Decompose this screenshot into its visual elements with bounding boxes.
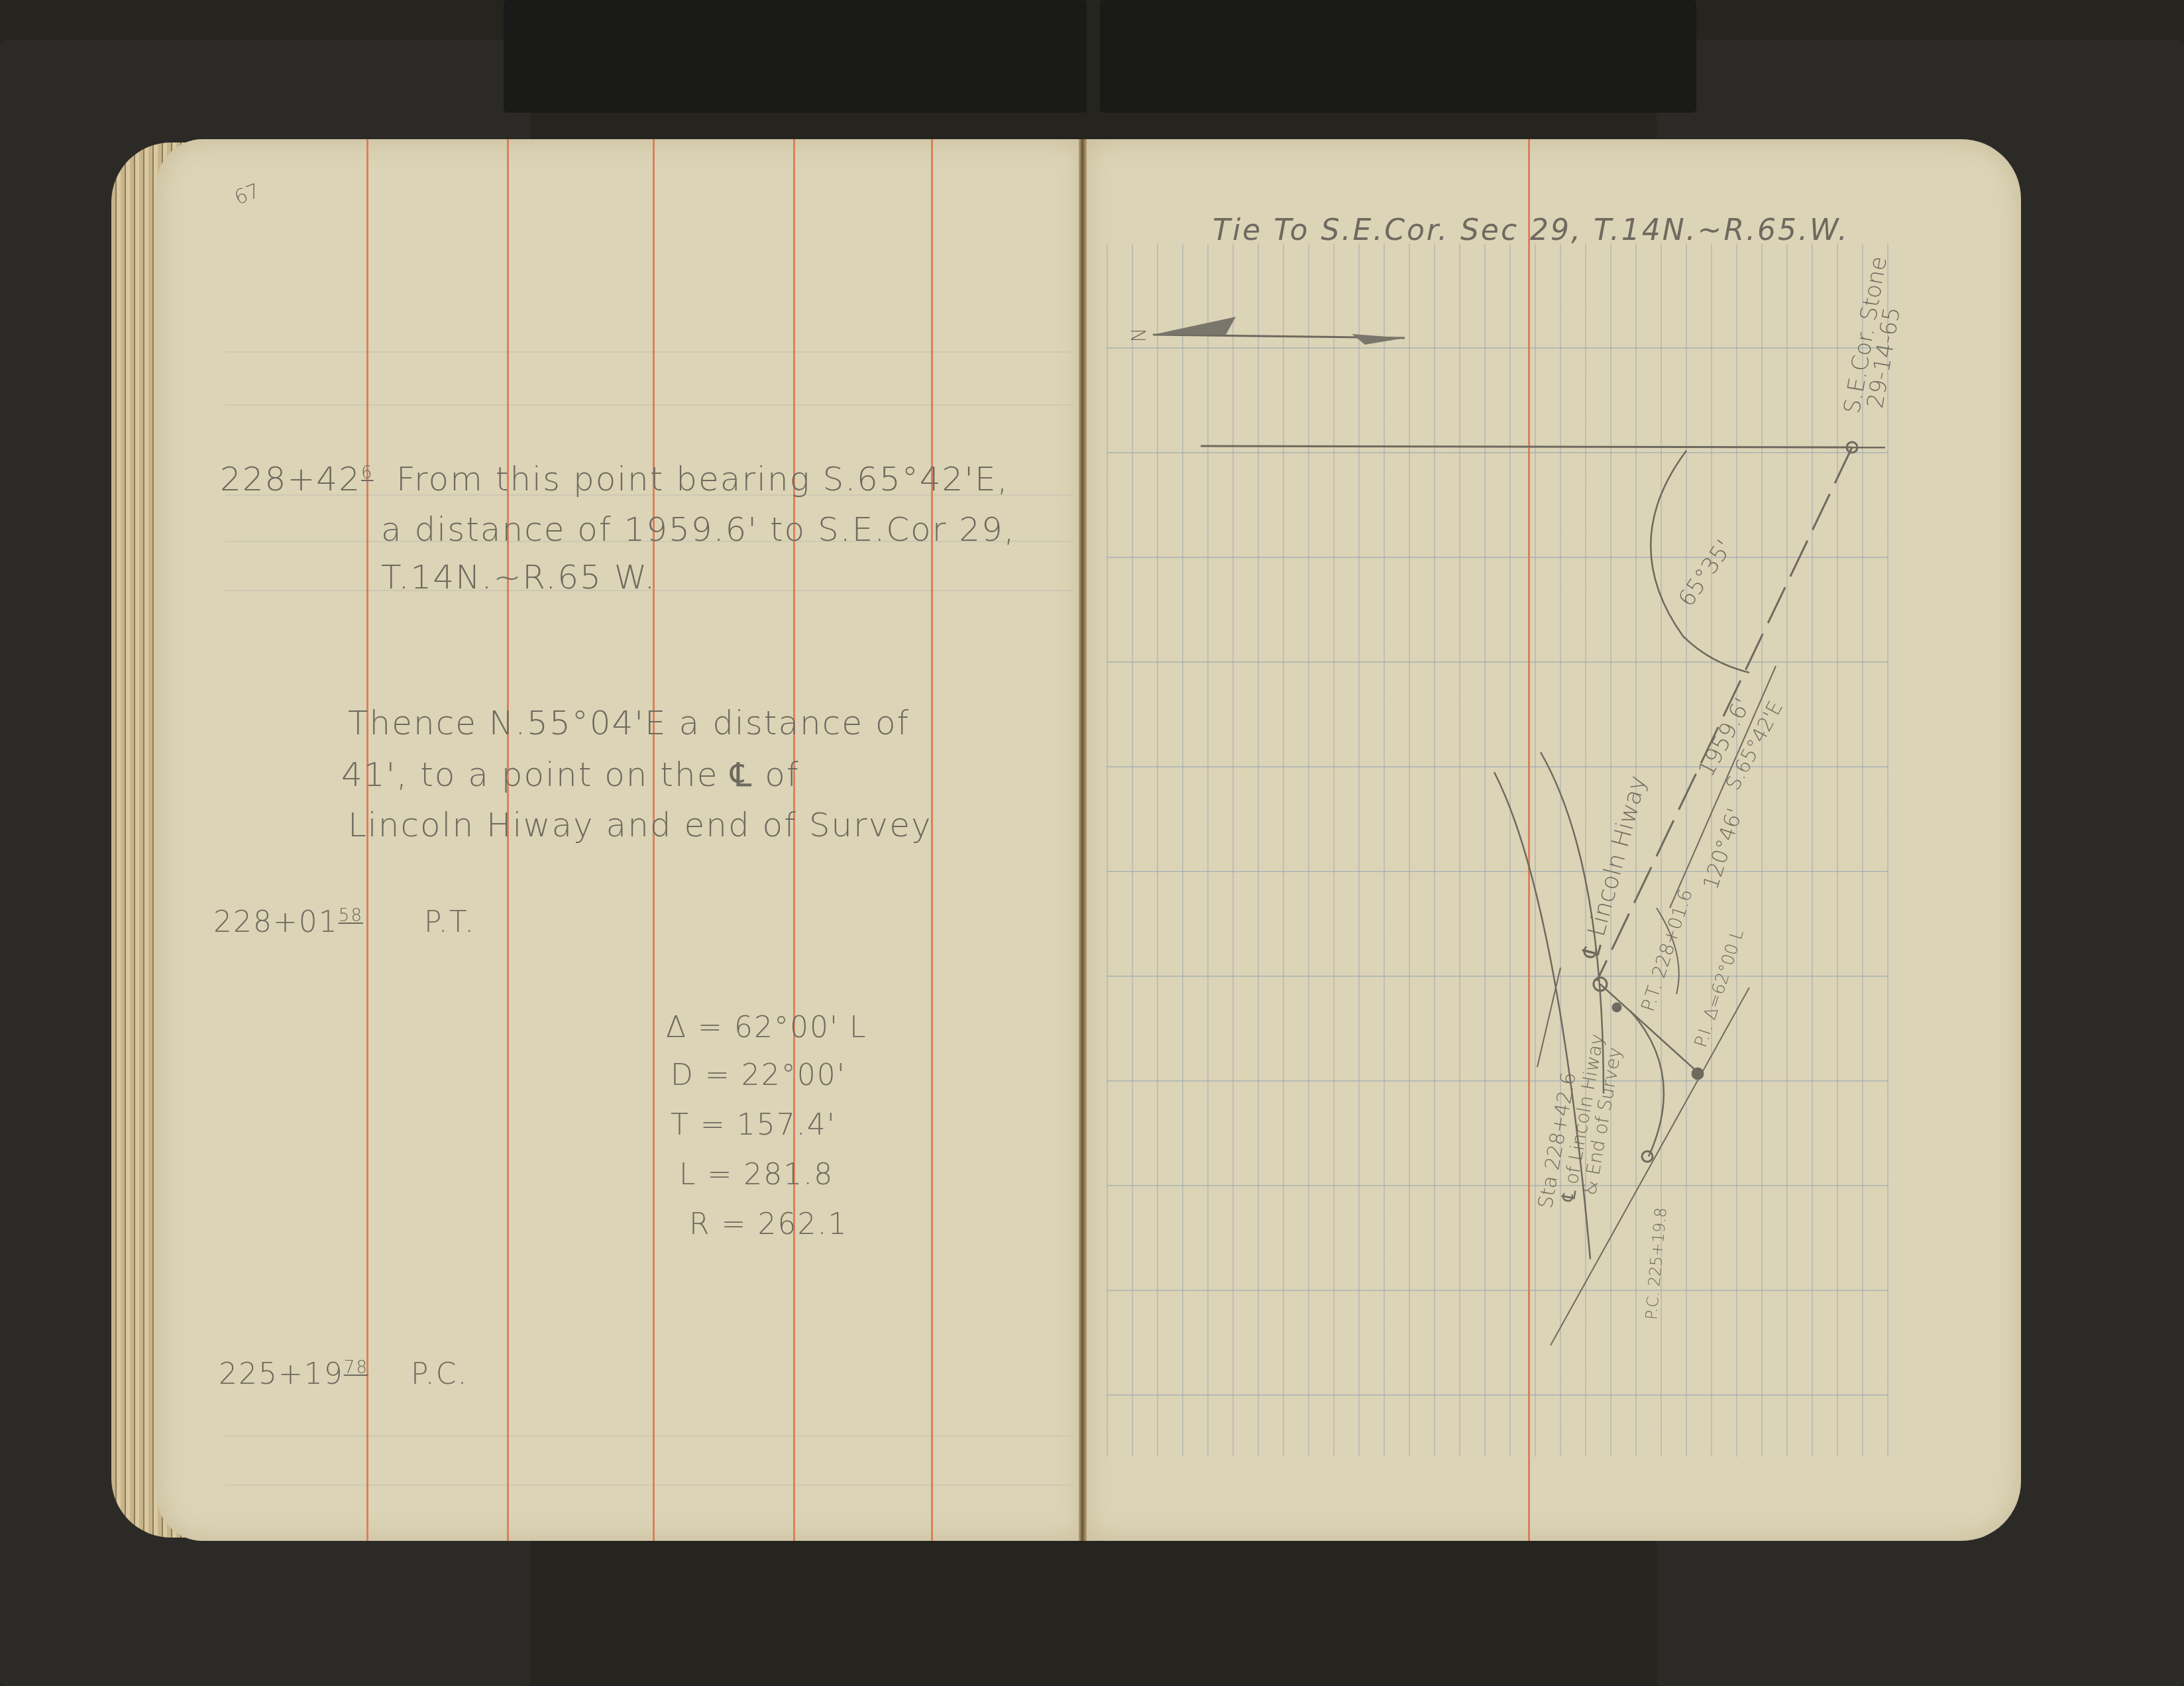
survey-sketch [0,0,2184,1686]
north-label: N [1128,327,1151,342]
north-arrow-icon [1153,317,1405,345]
